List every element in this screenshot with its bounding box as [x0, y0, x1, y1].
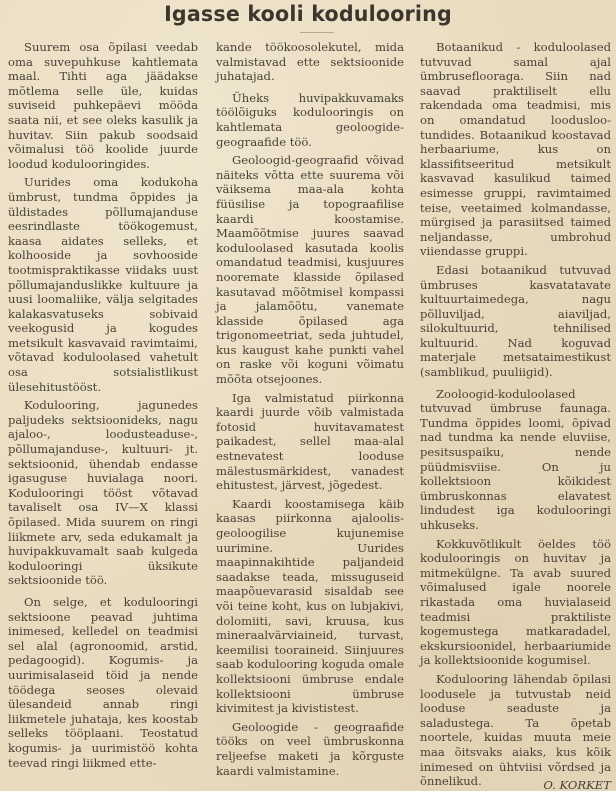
paragraph: Kodulooring lähendab õpilasi loodusele j…	[420, 672, 611, 789]
paragraph: Kaardi koostamisega käib kaasas piirkonn…	[216, 497, 404, 716]
paragraph: Botaanikud - koduloolased tutvuvad samal…	[420, 40, 611, 259]
article-headline: Igasse kooli kodulooring	[6, 2, 610, 26]
paragraph: On selge, et kodulooringi sektsioone pea…	[8, 595, 198, 770]
paragraph: Kodulooring, jagunedes paljudeks sektsio…	[8, 398, 198, 588]
paragraph: Suurem osa õpilasi veedab oma suvepuhkus…	[8, 40, 198, 171]
newspaper-page: Igasse kooli kodulooring Suurem osa õpil…	[0, 0, 616, 791]
paragraph: Iga valmistatud piirkonna kaardi juurde …	[216, 391, 404, 493]
article-column-3: Botaanikud - koduloolased tutvuvad samal…	[420, 40, 611, 791]
paragraph-continued: kande töökoosolekutel, mida valmistavad …	[216, 40, 404, 84]
article-column-1: Suurem osa õpilasi veedab oma suvepuhkus…	[8, 40, 198, 774]
paragraph: Geoloogid-geograafid võivad näiteks võtt…	[216, 153, 404, 387]
headline-divider	[300, 32, 334, 33]
paragraph: Zooloogid-koduloolased tutvuvad ümbruse …	[420, 387, 611, 533]
paragraph: Edasi botaanikud tutvuvad ümbruses kasva…	[420, 263, 611, 380]
paragraph: Kokkuvõtlikult öeldes töö kodulooringis …	[420, 537, 611, 668]
paragraph: Geoloogide - geograafide tööks on veel ü…	[216, 720, 404, 778]
article-column-2: kande töökoosolekutel, mida valmistavad …	[216, 40, 404, 782]
paragraph: Üheks huvipakkuvamaks töölõiguks koduloo…	[216, 91, 404, 149]
paragraph: Uurides oma kodukoha ümbrust, tundma õpp…	[8, 175, 198, 394]
